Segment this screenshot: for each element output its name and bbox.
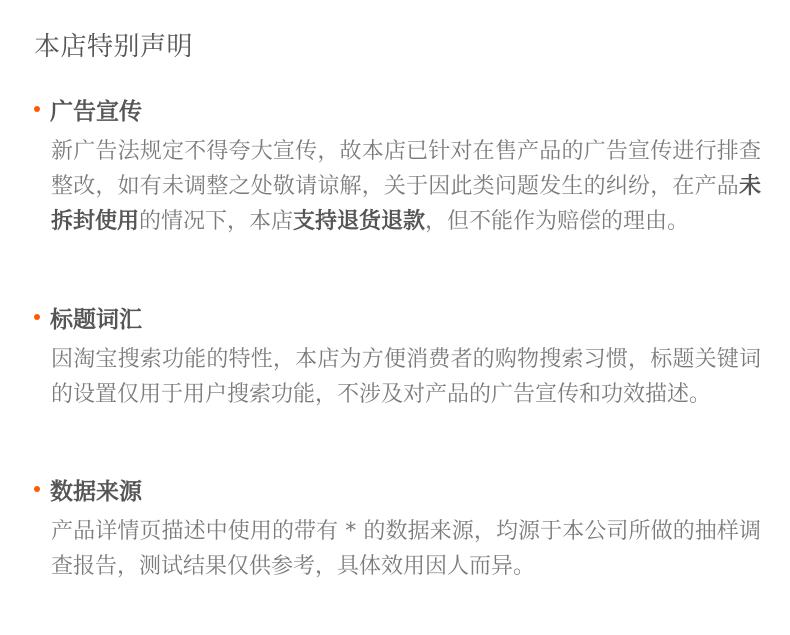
section-body: 因淘宝搜索功能的特性，本店为方便消费者的购物搜索习惯，标题关键词的设置仅用于用户… [51, 342, 761, 412]
section-header: 广告宣传 [34, 92, 774, 126]
section-body: 新广告法规定不得夸大宣传，故本店已针对在售产品的广告宣传进行排查整改，如有未调整… [51, 134, 761, 239]
section-title: 数据来源 [50, 473, 142, 506]
body-text: 新广告法规定不得夸大宣传，故本店已针对在售产品的广告宣传进行排查整改，如有未调整… [51, 139, 761, 199]
section-header: 数据来源 [34, 472, 774, 506]
body-text: 产品详情页描述中使用的带有 * 的数据来源，均源于本公司所做的抽样调查报告，测试… [51, 519, 761, 579]
section-advertising: 广告宣传 新广告法规定不得夸大宣传，故本店已针对在售产品的广告宣传进行排查整改，… [34, 92, 774, 239]
section-title-keywords: 标题词汇 因淘宝搜索功能的特性，本店为方便消费者的购物搜索习惯，标题关键词的设置… [34, 300, 774, 412]
body-text: 的情况下，本店 [139, 209, 293, 234]
section-data-source: 数据来源 产品详情页描述中使用的带有 * 的数据来源，均源于本公司所做的抽样调查… [34, 472, 774, 584]
section-header: 标题词汇 [34, 300, 774, 334]
emphasis-text: 支持退货退款 [293, 209, 425, 234]
section-body: 产品详情页描述中使用的带有 * 的数据来源，均源于本公司所做的抽样调查报告，测试… [51, 514, 761, 584]
bullet-dot-icon [34, 106, 40, 112]
section-title: 标题词汇 [50, 301, 142, 334]
bullet-dot-icon [34, 314, 40, 320]
page-title: 本店特别声明 [34, 26, 193, 63]
body-text: ，但不能作为赔偿的理由。 [425, 209, 689, 234]
section-title: 广告宣传 [50, 93, 142, 126]
bullet-dot-icon [34, 486, 40, 492]
body-text: 因淘宝搜索功能的特性，本店为方便消费者的购物搜索习惯，标题关键词的设置仅用于用户… [51, 347, 761, 407]
